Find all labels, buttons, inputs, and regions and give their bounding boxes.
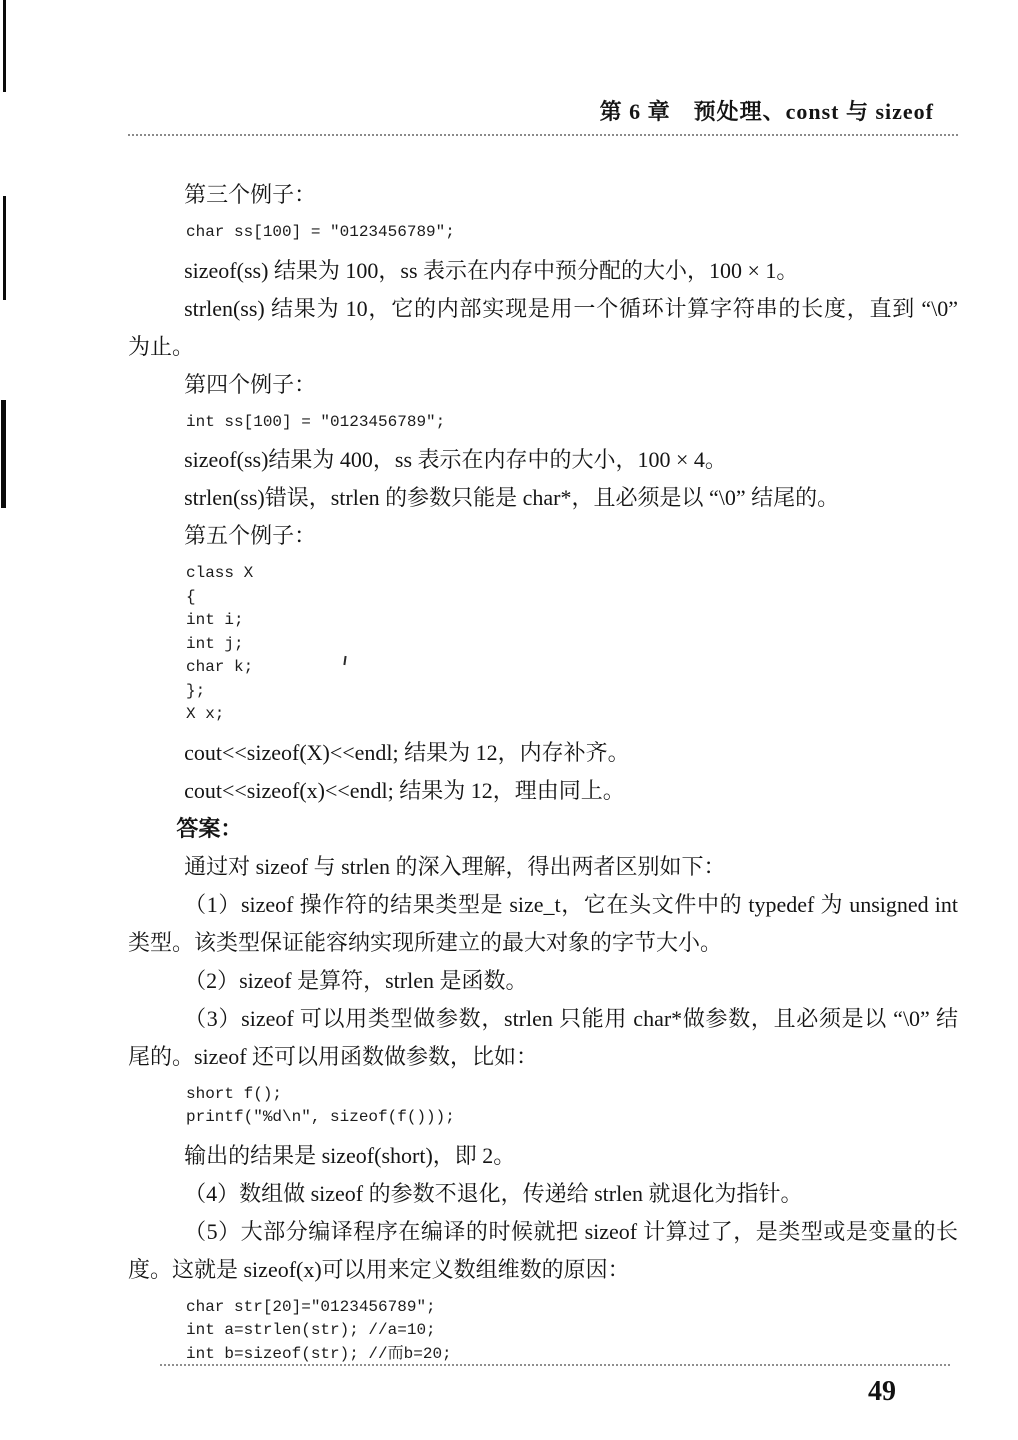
answer-point-4: （4）数组做 sizeof 的参数不退化，传递给 strlen 就退化为指针。 [128,1175,958,1213]
answer-point-3: （3）sizeof 可以用类型做参数，strlen 只能用 char*做参数，且… [128,1000,958,1076]
answer-point-3-result: 输出的结果是 sizeof(short)，即 2。 [128,1137,958,1175]
running-header-chapter-title: 第 6 章 预处理、const 与 sizeof [128,96,958,128]
scan-artifact-line [1,400,6,508]
example5-code: class X { int i; int j; char k; }; X x; [128,562,958,727]
answer-point-5-code: char str[20]="0123456789"; int a=strlen(… [128,1296,958,1367]
example3-heading: 第三个例子： [128,176,958,214]
page-content: 第 6 章 预处理、const 与 sizeof 第三个例子： char ss[… [128,96,958,1373]
page-number: 49 [868,1376,896,1408]
answer-point-5: （5）大部分编译程序在编译的时候就把 sizeof 计算过了，是类型或是变量的长… [128,1213,958,1289]
example4-strlen-result: strlen(ss)错误，strlen 的参数只能是 char*，且必须是以 “… [128,479,958,517]
answer-intro: 通过对 sizeof 与 strlen 的深入理解，得出两者区别如下： [128,848,958,886]
scan-artifact-line [3,196,6,300]
example4-sizeof-result: sizeof(ss)结果为 400，ss 表示在内存中的大小，100 × 4。 [128,441,958,479]
example5-sizeof-X-result: cout<<sizeof(X)<<endl; 结果为 12，内存补齐。 [128,734,958,772]
example5-heading: 第五个例子： [128,517,958,555]
example5-sizeof-x-result: cout<<sizeof(x)<<endl; 结果为 12，理由同上。 [128,772,958,810]
book-page: 第 6 章 预处理、const 与 sizeof 第三个例子： char ss[… [0,0,1018,1440]
answer-label: 答案： [128,810,958,848]
scan-artifact-line [3,0,6,92]
answer-point-2: （2）sizeof 是算符，strlen 是函数。 [128,962,958,1000]
example3-sizeof-result: sizeof(ss) 结果为 100，ss 表示在内存中预分配的大小，100 ×… [128,252,958,290]
page-body: 第三个例子： char ss[100] = "0123456789"; size… [128,176,958,1366]
example3-code: char ss[100] = "0123456789"; [128,221,958,245]
header-dotted-rule [128,134,958,136]
answer-point-1: （1）sizeof 操作符的结果类型是 size_t，它在头文件中的 typed… [128,886,958,962]
example4-heading: 第四个例子： [128,366,958,404]
answer-point-3-code: short f(); printf("%d\n", sizeof(f())); [128,1083,958,1130]
example3-strlen-result: strlen(ss) 结果为 10，它的内部实现是用一个循环计算字符串的长度，直… [128,290,958,366]
footer-dotted-rule [160,1364,950,1366]
example4-code: int ss[100] = "0123456789"; [128,411,958,435]
